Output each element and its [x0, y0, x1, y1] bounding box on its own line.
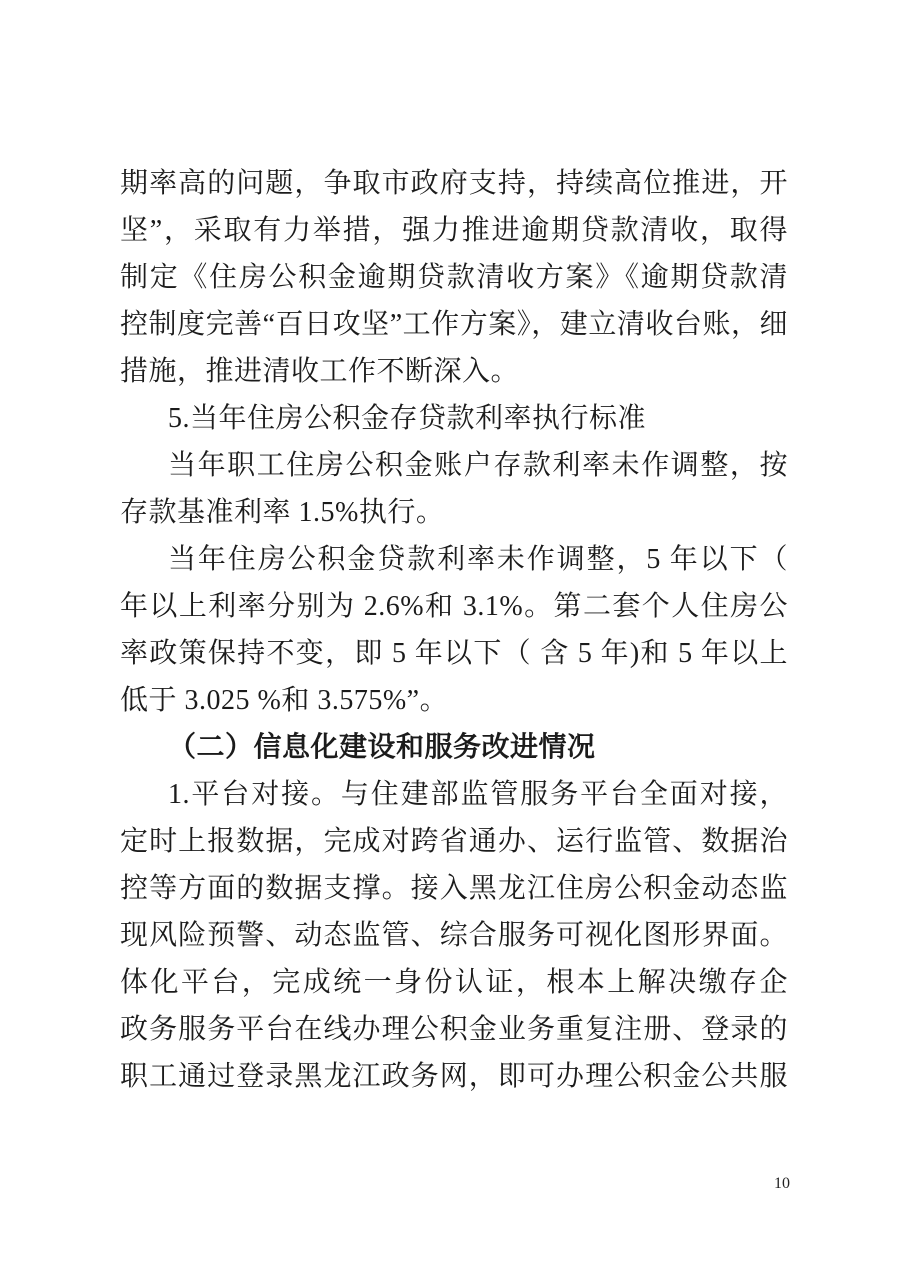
text-line: 1.平台对接。与住建部监管服务平台全面对接，依托公积金: [120, 771, 788, 818]
text-line: 制定《住房公积金逾期贷款清收方案》《逾期贷款清收暨风险防: [120, 254, 788, 301]
text-line: 低于 3.025 %和 3.575%”。: [120, 677, 788, 724]
text-block: 期率高的问题，争取市政府支持，持续高位推进，开展“百日攻 坚”，采取有力举措，强…: [120, 160, 788, 1100]
text-line: 坚”，采取有力举措，强力推进逾期贷款清收，取得显著成效。: [120, 207, 788, 254]
text-line: 体化平台，完成统一身份认证，根本上解决缴存企业、职工登录: [120, 959, 788, 1006]
subsection-heading: 5.当年住房公积金存贷款利率执行标准: [120, 395, 788, 442]
text-line: 措施，推进清收工作不断深入。: [120, 348, 788, 395]
text-line: 职工通过登录黑龙江政务网，即可办理公积金公共服务事项、登: [120, 1053, 788, 1100]
text-line: 当年职工住房公积金账户存款利率未作调整，按一年期定期: [120, 442, 788, 489]
text-line: 率政策保持不变，即 5 年以下（ 含 5 年)和 5 年以上利率分别不: [120, 630, 788, 677]
text-line: 控制度完善“百日攻坚”工作方案》，建立清收台账，细化清收: [120, 301, 788, 348]
document-page: 期率高的问题，争取市政府支持，持续高位推进，开展“百日攻 坚”，采取有力举措，强…: [0, 0, 900, 1272]
text-line: 存款基准利率 1.5%执行。: [120, 489, 788, 536]
text-line: 控等方面的数据支撑。接入黑龙江住房公积金动态监管平台，实: [120, 865, 788, 912]
page-number: 10: [0, 1174, 790, 1194]
text-line: 现风险预警、动态监管、综合服务可视化图形界面。与省政务一: [120, 912, 788, 959]
text-line: 年以上利率分别为 2.6%和 3.1%。第二套个人住房公积金贷款利: [120, 583, 788, 630]
text-line: 定时上报数据，完成对跨省通办、运行监管、数据治理、风险防: [120, 818, 788, 865]
section-heading: （二）信息化建设和服务改进情况: [120, 724, 788, 771]
text-line: 当年住房公积金贷款利率未作调整，5 年以下（ 含 5 年)和 5: [120, 536, 788, 583]
text-line: 期率高的问题，争取市政府支持，持续高位推进，开展“百日攻: [120, 160, 788, 207]
text-line: 政务服务平台在线办理公积金业务重复注册、登录的弊端。缴存: [120, 1006, 788, 1053]
